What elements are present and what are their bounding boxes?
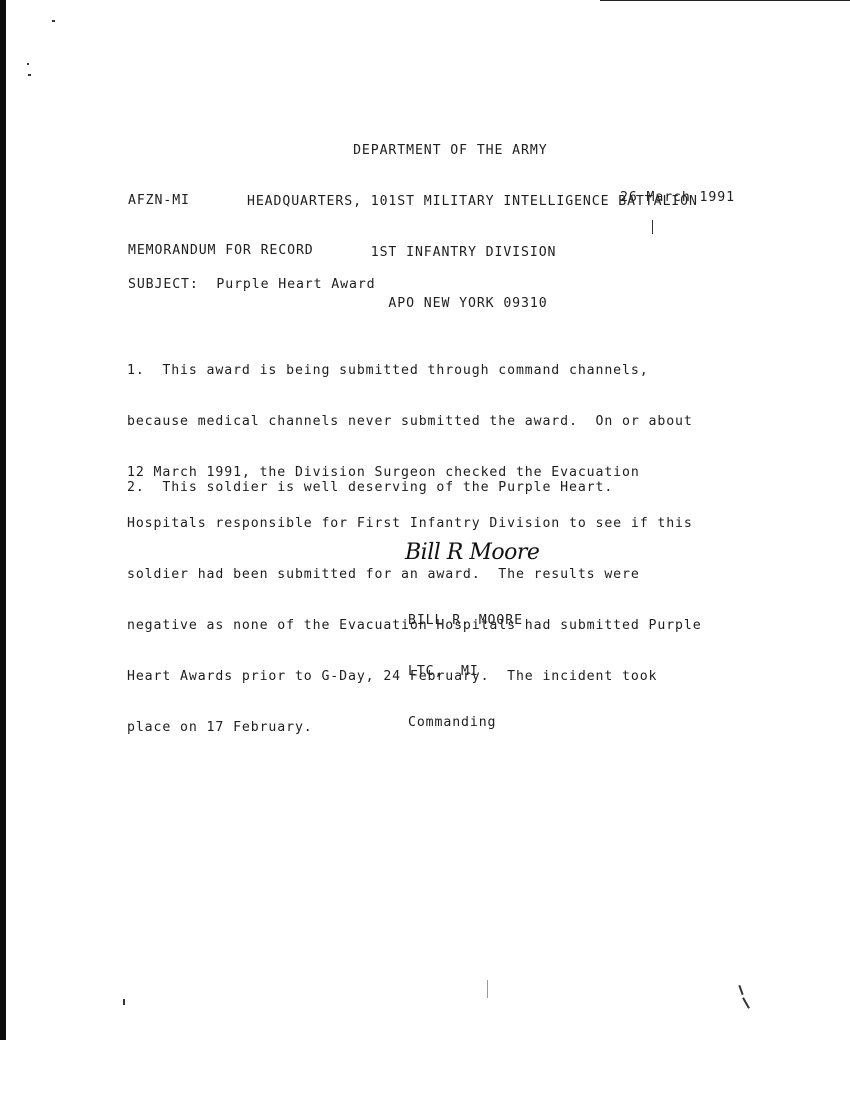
handwritten-signature: Bill R Moore bbox=[405, 540, 539, 565]
scan-speck bbox=[52, 20, 55, 22]
letterhead-line-department: DEPARTMENT OF THE ARMY bbox=[247, 142, 698, 159]
office-symbol: AFZN-MI bbox=[128, 192, 190, 209]
scan-speck bbox=[652, 220, 653, 234]
scan-speck bbox=[27, 63, 29, 65]
paragraph-1-line: because medical channels never submitted… bbox=[127, 413, 702, 430]
scan-top-rule bbox=[600, 0, 850, 1]
scan-speck bbox=[487, 980, 488, 998]
letterhead-line-division: 1ST INFANTRY DIVISION bbox=[247, 244, 698, 261]
signer-rank: LTC, MI bbox=[408, 663, 523, 680]
paragraph-1-line: 1. This award is being submitted through… bbox=[127, 362, 702, 379]
memo-date: 26 March 1991 bbox=[620, 189, 735, 206]
paragraph-1-line: Hospitals responsible for First Infantry… bbox=[127, 515, 702, 532]
scan-speck bbox=[738, 985, 743, 995]
subject-line: SUBJECT: Purple Heart Award bbox=[128, 276, 376, 293]
letterhead: DEPARTMENT OF THE ARMY HEADQUARTERS, 101… bbox=[247, 108, 698, 329]
signature-block: BILL R. MOORE LTC, MI Commanding bbox=[408, 578, 523, 748]
signer-title: Commanding bbox=[408, 714, 523, 731]
scan-speck bbox=[742, 997, 750, 1008]
paragraph-2: 2. This soldier is well deserving of the… bbox=[127, 479, 613, 496]
letterhead-line-apo: APO NEW YORK 09310 bbox=[247, 295, 698, 312]
scan-speck bbox=[28, 74, 31, 76]
scan-speck bbox=[123, 999, 125, 1005]
memorandum-for: MEMORANDUM FOR RECORD bbox=[128, 242, 314, 259]
signer-name: BILL R. MOORE bbox=[408, 612, 523, 629]
scan-left-edge bbox=[0, 0, 6, 1040]
